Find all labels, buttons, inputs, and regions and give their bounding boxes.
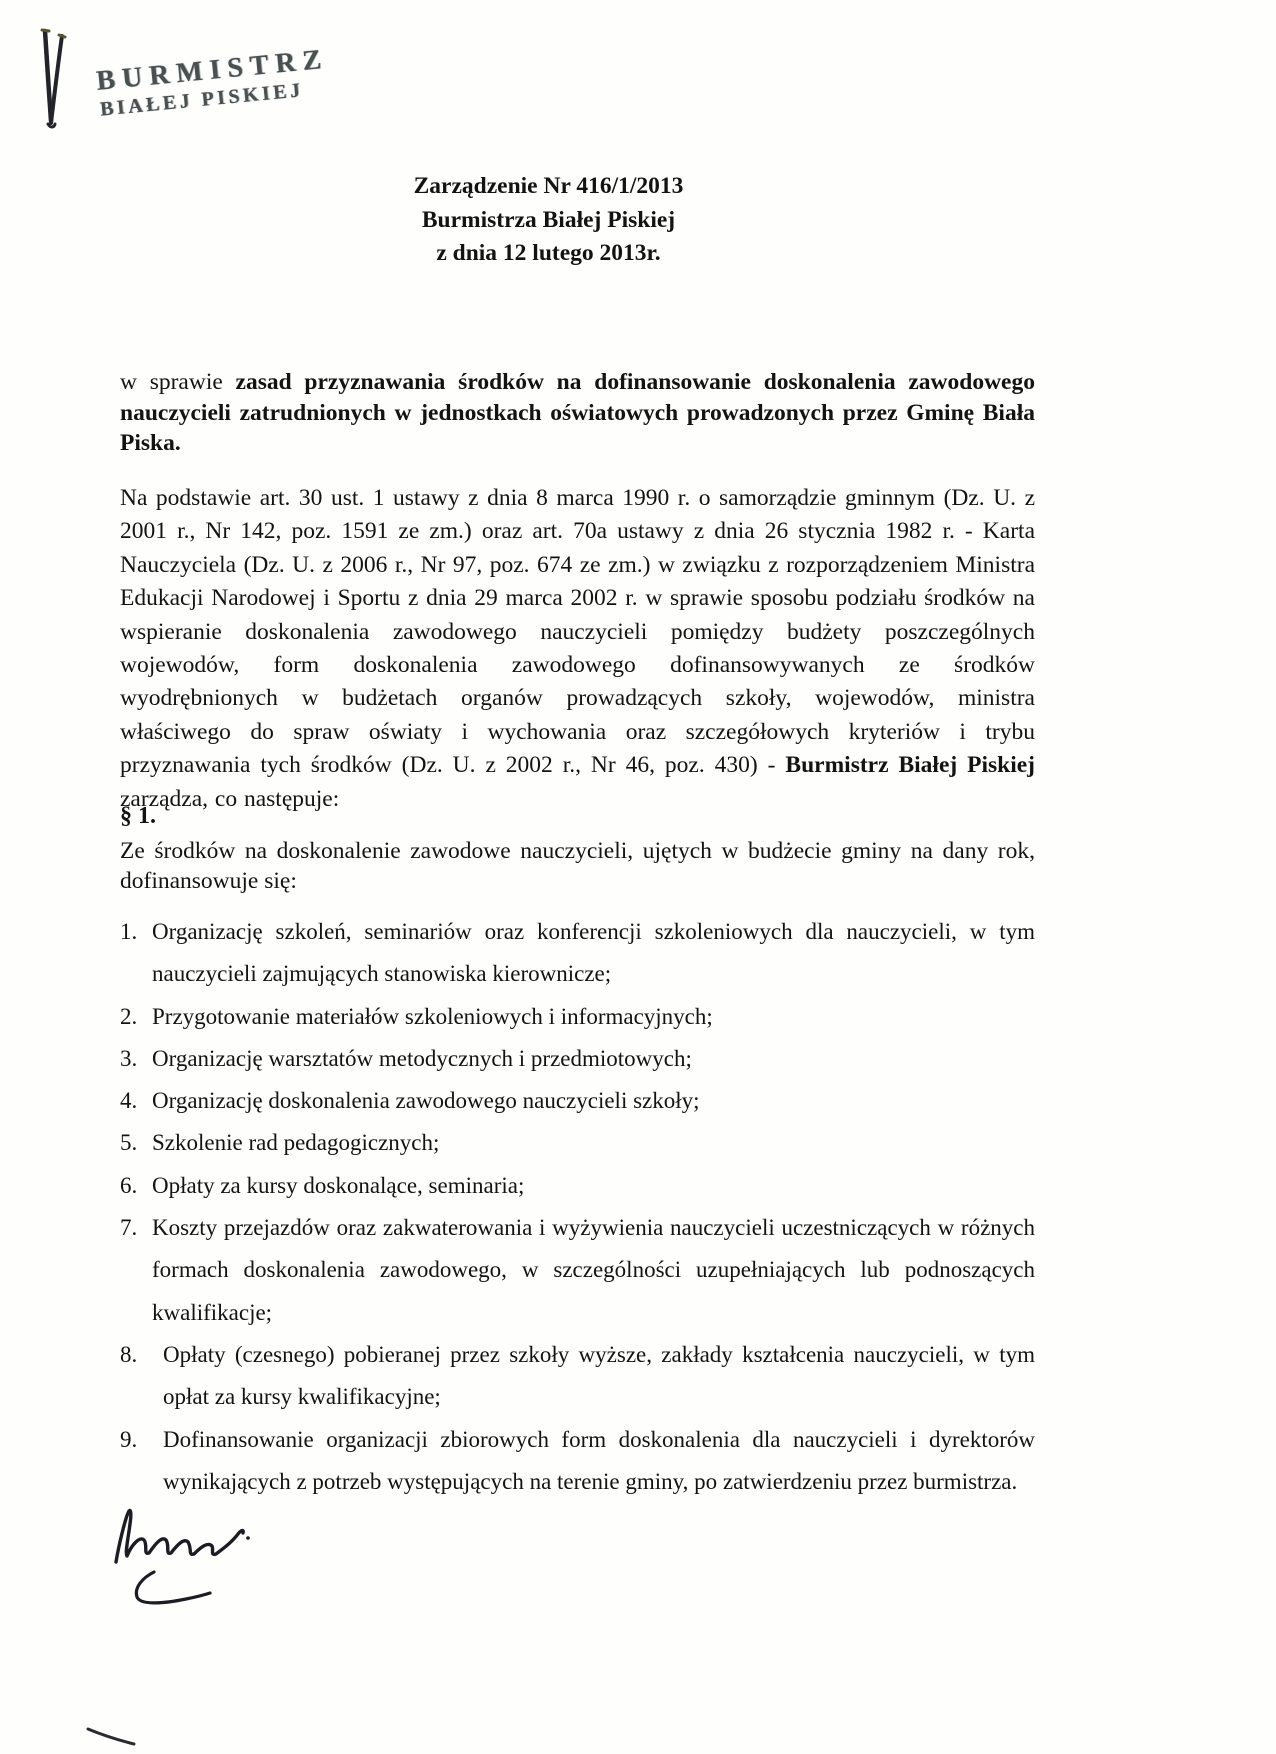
ordinance-issuer-line: Burmistrza Białej Piskiej xyxy=(120,204,977,238)
subject-bold-text: zasad przyznawania środków na dofinansow… xyxy=(120,369,1035,456)
list-item: 5.Szkolenie rad pedagogicznych; xyxy=(120,1122,1035,1164)
list-item-text: Organizację doskonalenia zawodowego nauc… xyxy=(152,1088,700,1113)
list-item: 7.Koszty przejazdów oraz zakwaterowania … xyxy=(120,1207,1035,1334)
list-item-number: 1. xyxy=(120,911,152,953)
list-item-text: Przygotowanie materiałów szkoleniowych i… xyxy=(152,1004,713,1029)
legal-basis-issuer-bold: Burmistrz Białej Piskiej xyxy=(785,752,1035,778)
mayor-office-stamp: BURMISTRZ BIAŁEJ PISKIEJ xyxy=(95,44,332,122)
ordinance-title-block: Zarządzenie Nr 416/1/2013 Burmistrza Bia… xyxy=(120,170,1035,271)
list-item-number: 6. xyxy=(120,1165,152,1207)
list-item: 9.Dofinansowanie organizacji zbiorowych … xyxy=(120,1419,1035,1504)
subject-prefix: w sprawie xyxy=(120,369,236,395)
list-item-text: Organizację warsztatów metodycznych i pr… xyxy=(152,1046,692,1071)
list-item-number: 7. xyxy=(120,1207,152,1249)
list-item-text: Szkolenie rad pedagogicznych; xyxy=(152,1130,439,1155)
list-item-number: 5. xyxy=(120,1122,152,1164)
ordinance-date-line: z dnia 12 lutego 2013r. xyxy=(120,237,977,271)
list-item-number: 3. xyxy=(120,1038,152,1080)
scan-artifact-dash-mark xyxy=(84,1724,140,1750)
handwritten-vee-mark xyxy=(18,18,78,138)
list-item-text: Organizację szkoleń, seminariów oraz kon… xyxy=(152,919,1035,986)
list-item-text: Dofinansowanie organizacji zbiorowych fo… xyxy=(163,1427,1035,1494)
list-item: 3.Organizację warsztatów metodycznych i … xyxy=(120,1038,1035,1080)
list-item-text: Opłaty (czesnego) pobieranej przez szkoł… xyxy=(163,1342,1035,1409)
scanned-document-page: BURMISTRZ BIAŁEJ PISKIEJ Zarządzenie Nr … xyxy=(0,0,1276,1754)
list-item-text: Koszty przejazdów oraz zakwaterowania i … xyxy=(152,1215,1035,1325)
list-item: 6.Opłaty za kursy doskonalące, seminaria… xyxy=(120,1165,1035,1207)
list-item-text: Opłaty za kursy doskonalące, seminaria; xyxy=(152,1173,524,1198)
section-1-intro: Ze środków na doskonalenie zawodowe nauc… xyxy=(120,836,1035,896)
list-item: 8.Opłaty (czesnego) pobieranej przez szk… xyxy=(120,1334,1035,1419)
list-item: 2.Przygotowanie materiałów szkoleniowych… xyxy=(120,996,1035,1038)
ordinance-number-line: Zarządzenie Nr 416/1/2013 xyxy=(120,170,977,204)
list-item: 1.Organizację szkoleń, seminariów oraz k… xyxy=(120,911,1035,996)
handwritten-signature xyxy=(102,1500,322,1640)
list-item-number: 4. xyxy=(120,1080,152,1122)
funding-purposes-list: 1.Organizację szkoleń, seminariów oraz k… xyxy=(120,911,1035,1503)
legal-basis-paragraph: Na podstawie art. 30 ust. 1 ustawy z dni… xyxy=(120,482,1035,816)
section-1-heading: § 1. xyxy=(120,803,1035,830)
list-item-number: 9. xyxy=(120,1419,163,1461)
list-item-number: 2. xyxy=(120,996,152,1038)
subject-paragraph: w sprawie zasad przyznawania środków na … xyxy=(120,367,1035,459)
list-item-number: 8. xyxy=(120,1334,163,1376)
legal-basis-text: Na podstawie art. 30 ust. 1 ustawy z dni… xyxy=(120,485,1035,778)
list-item: 4.Organizację doskonalenia zawodowego na… xyxy=(120,1080,1035,1122)
